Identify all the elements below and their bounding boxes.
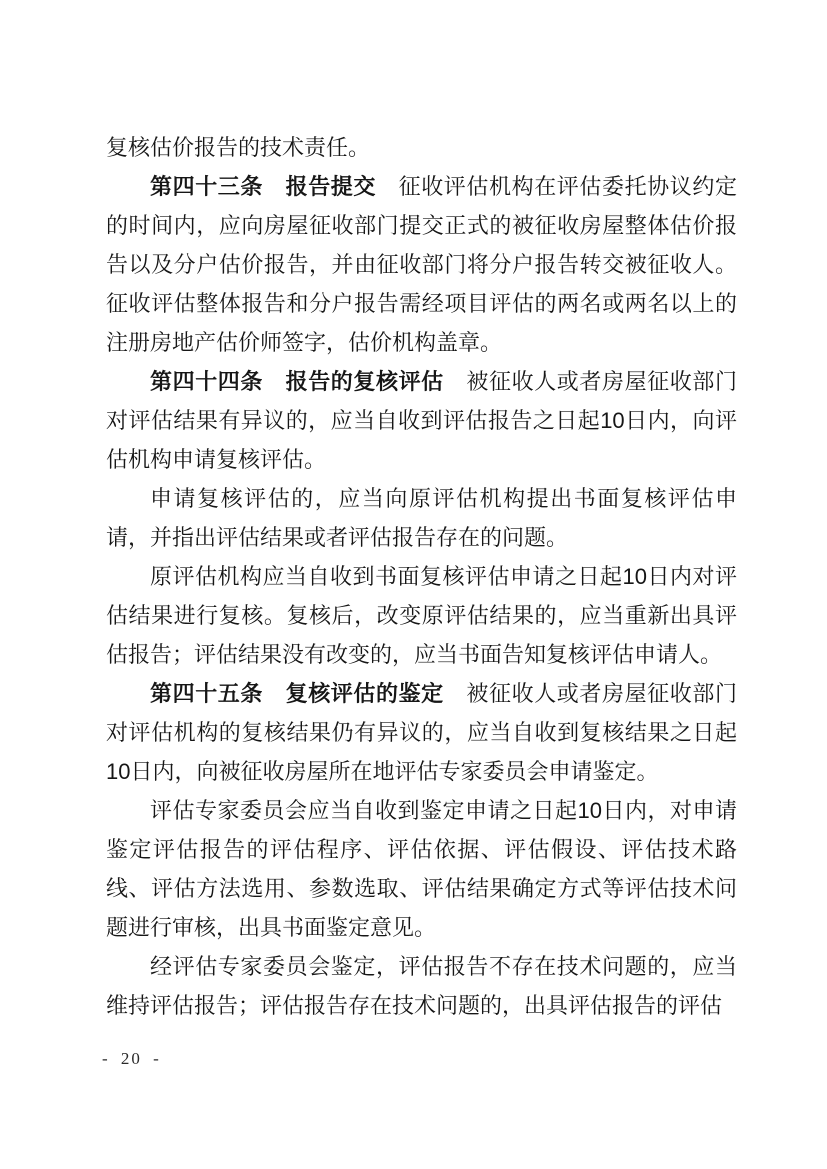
document-body: 复核估价报告的技术责任。 第四十三条 报告提交 征收评估机构在评估委托协议约定的…	[106, 128, 737, 1025]
paragraph-article-43: 第四十三条 报告提交 征收评估机构在评估委托协议约定的时间内，应向房屋征收部门提…	[106, 167, 737, 362]
paragraph-article-45-clause-3: 经评估专家委员会鉴定，评估报告不存在技术问题的，应当维持评估报告；评估报告存在技…	[106, 947, 737, 1025]
paragraph-article-45: 第四十五条 复核评估的鉴定 被征收人或者房屋征收部门对评估机构的复核结果仍有异议…	[106, 674, 737, 791]
article-45-clause-2-text: 评估专家委员会应当自收到鉴定申请之日起10日内，对申请鉴定评估报告的评估程序、评…	[106, 798, 737, 940]
document-page: 复核估价报告的技术责任。 第四十三条 报告提交 征收评估机构在评估委托协议约定的…	[0, 0, 827, 1169]
article-44-clause-3-text: 原评估机构应当自收到书面复核评估申请之日起10日内对评估结果进行复核。复核后，改…	[106, 564, 737, 667]
paragraph-continuation-text: 复核估价报告的技术责任。	[106, 135, 370, 160]
paragraph-continuation: 复核估价报告的技术责任。	[106, 128, 737, 167]
paragraph-article-44-clause-3: 原评估机构应当自收到书面复核评估申请之日起10日内对评估结果进行复核。复核后，改…	[106, 557, 737, 674]
article-45-heading: 第四十五条 复核评估的鉴定	[150, 681, 444, 706]
article-43-heading: 第四十三条 报告提交	[150, 174, 376, 199]
paragraph-article-45-clause-2: 评估专家委员会应当自收到鉴定申请之日起10日内，对申请鉴定评估报告的评估程序、评…	[106, 791, 737, 947]
article-43-body-text: 征收评估机构在评估委托协议约定的时间内，应向房屋征收部门提交正式的被征收房屋整体…	[106, 174, 737, 355]
page-number: - 20 -	[102, 1049, 161, 1069]
article-45-clause-3-text: 经评估专家委员会鉴定，评估报告不存在技术问题的，应当维持评估报告；评估报告存在技…	[106, 954, 737, 1018]
paragraph-article-44-clause-2: 申请复核评估的，应当向原评估机构提出书面复核评估申请，并指出评估结果或者评估报告…	[106, 479, 737, 557]
article-44-clause-2-text: 申请复核评估的，应当向原评估机构提出书面复核评估申请，并指出评估结果或者评估报告…	[106, 486, 737, 550]
article-44-heading: 第四十四条 报告的复核评估	[150, 369, 444, 394]
paragraph-article-44: 第四十四条 报告的复核评估 被征收人或者房屋征收部门对评估结果有异议的，应当自收…	[106, 362, 737, 479]
